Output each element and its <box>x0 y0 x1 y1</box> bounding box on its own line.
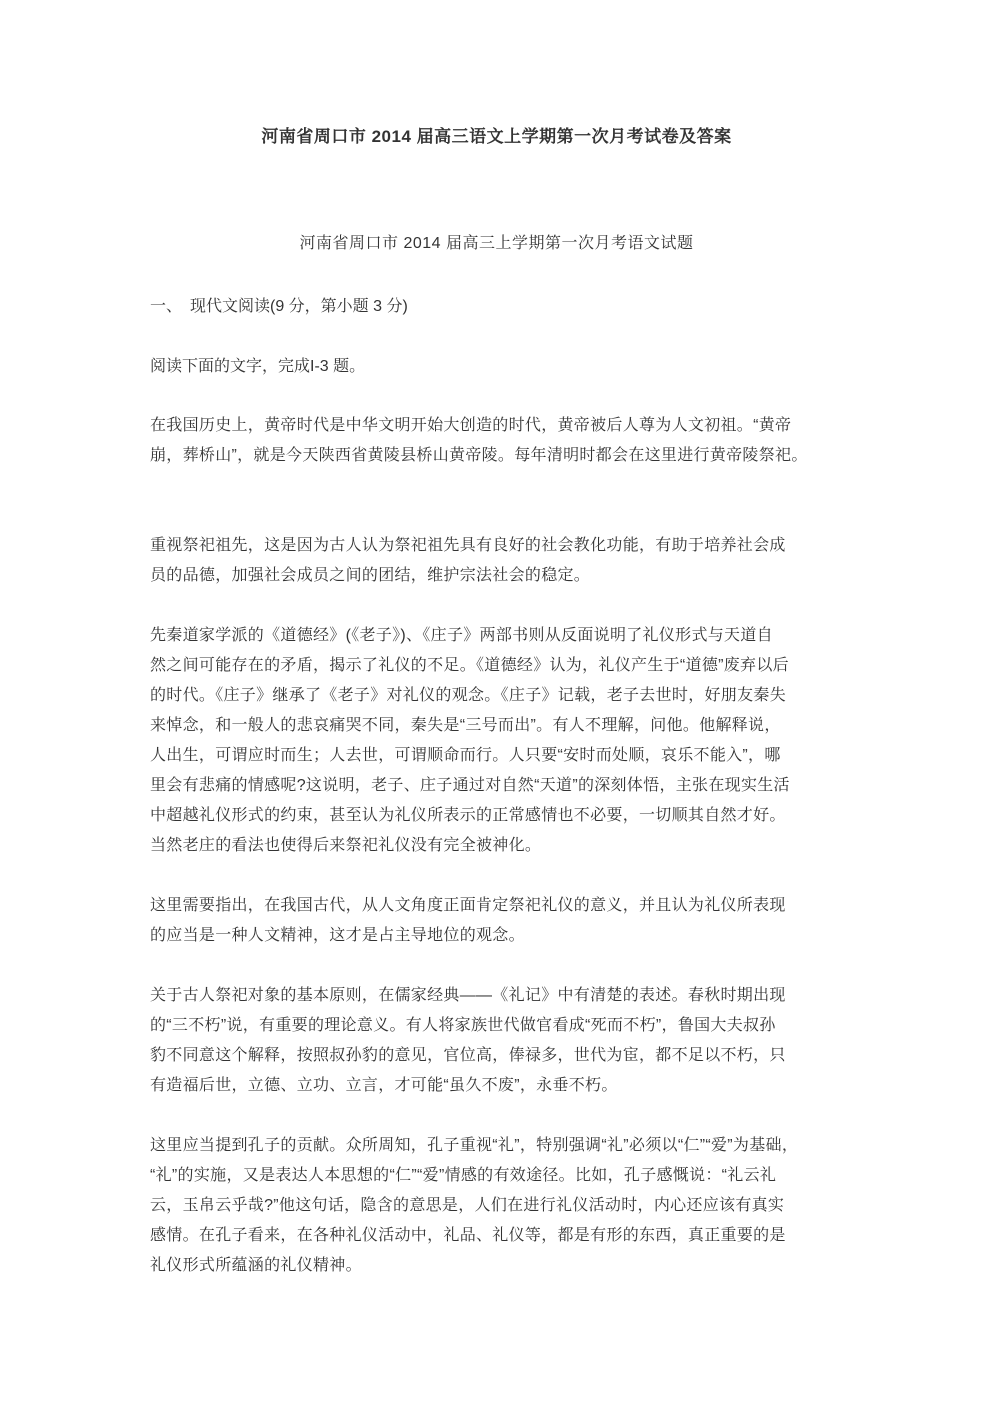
paragraph: 重视祭祀祖先，这是因为古人认为祭祀祖先具有良好的社会教化功能，有助于培养社会成员… <box>150 531 862 591</box>
text-line: 感情。在孔子看来，在各种礼仪活动中，礼品、礼仪等，都是有形的东西，真正重要的是 <box>150 1221 862 1251</box>
reading-instruction: 阅读下面的文字，完成I-3 题。 <box>150 352 850 382</box>
text-line: 当然老庄的看法也使得后来祭祀礼仪没有完全被神化。 <box>150 831 862 861</box>
text-line: 的应当是一种人文精神，这才是占主导地位的观念。 <box>150 921 862 951</box>
text-line: 关于古人祭祀对象的基本原则，在儒家经典——《礼记》中有清楚的表述。春秋时期出现 <box>150 981 862 1011</box>
text-line: 有造福后世，立德、立功、立言，才可能“虽久不废”，永垂不朽。 <box>150 1071 862 1101</box>
document-title: 河南省周口市 2014 届高三语文上学期第一次月考试卷及答案 <box>0 122 993 152</box>
text-line: 的时代。《庄子》继承了《老子》对礼仪的观念。《庄子》记载，老子去世时，好朋友秦失 <box>150 681 862 711</box>
paragraph: 这里应当提到孔子的贡献。众所周知，孔子重视“礼”，特别强调“礼”必须以“仁”“爱… <box>150 1131 862 1281</box>
text-line: 这里需要指出，在我国古代，从人文角度正面肯定祭祀礼仪的意义，并且认为礼仪所表现 <box>150 891 862 921</box>
text-line: 来悼念，和一般人的悲哀痛哭不同，秦失是“三号而出”。有人不理解，问他。他解释说， <box>150 711 862 741</box>
text-line: 里会有悲痛的情感呢?这说明，老子、庄子通过对自然“天道”的深刻体悟，主张在现实生… <box>150 771 862 801</box>
text-line: 在我国历史上，黄帝时代是中华文明开始大创造的时代，黄帝被后人尊为人文初祖。“黄帝 <box>150 411 862 441</box>
text-line: 员的品德，加强社会成员之间的团结，维护宗法社会的稳定。 <box>150 561 862 591</box>
text-line: 豹不同意这个解释，按照叔孙豹的意见，官位高，俸禄多，世代为宦，都不足以不朽，只 <box>150 1041 862 1071</box>
text-line: 礼仪形式所蕴涵的礼仪精神。 <box>150 1251 862 1281</box>
paragraph: 关于古人祭祀对象的基本原则，在儒家经典——《礼记》中有清楚的表述。春秋时期出现的… <box>150 981 862 1101</box>
text-line: 人出生，可谓应时而生；人去世，可谓顺命而行。人只要“安时而处顺，哀乐不能入”，哪 <box>150 741 862 771</box>
text-line: 崩，葬桥山”，就是今天陕西省黄陵县桥山黄帝陵。每年清明时都会在这里进行黄帝陵祭祀… <box>150 441 862 471</box>
text-line: 云，玉帛云乎哉?”他这句话，隐含的意思是，人们在进行礼仪活动时，内心还应该有真实 <box>150 1191 862 1221</box>
text-line: 然之间可能存在的矛盾，揭示了礼仪的不足。《道德经》认为，礼仪产生于“道德”废弃以… <box>150 651 862 681</box>
paragraph: 先秦道家学派的《道德经》(《老子》)、《庄子》两部书则从反面说明了礼仪形式与天道… <box>150 621 862 861</box>
paragraph: 在我国历史上，黄帝时代是中华文明开始大创造的时代，黄帝被后人尊为人文初祖。“黄帝… <box>150 411 862 471</box>
document-page: 河南省周口市 2014 届高三语文上学期第一次月考试卷及答案 河南省周口市 20… <box>0 0 993 1404</box>
text-line: 的“三不朽”说，有重要的理论意义。有人将家族世代做官看成“死而不朽”，鲁国大夫叔… <box>150 1011 862 1041</box>
text-line: “礼”的实施，又是表达人本思想的“仁”“爱”情感的有效途径。比如，孔子感慨说：“… <box>150 1161 862 1191</box>
text-line: 重视祭祀祖先，这是因为古人认为祭祀祖先具有良好的社会教化功能，有助于培养社会成 <box>150 531 862 561</box>
text-line: 这里应当提到孔子的贡献。众所周知，孔子重视“礼”，特别强调“礼”必须以“仁”“爱… <box>150 1131 862 1161</box>
section-heading: 一、 现代文阅读(9 分，第小题 3 分) <box>150 292 850 322</box>
text-line: 中超越礼仪形式的约束，甚至认为礼仪所表示的正常感情也不必要，一切顺其自然才好。 <box>150 801 862 831</box>
text-line: 先秦道家学派的《道德经》(《老子》)、《庄子》两部书则从反面说明了礼仪形式与天道… <box>150 621 862 651</box>
document-subtitle: 河南省周口市 2014 届高三上学期第一次月考语文试题 <box>0 229 993 259</box>
paragraphs-container: 在我国历史上，黄帝时代是中华文明开始大创造的时代，黄帝被后人尊为人文初祖。“黄帝… <box>150 411 862 1311</box>
paragraph: 这里需要指出，在我国古代，从人文角度正面肯定祭祀礼仪的意义，并且认为礼仪所表现的… <box>150 891 862 951</box>
